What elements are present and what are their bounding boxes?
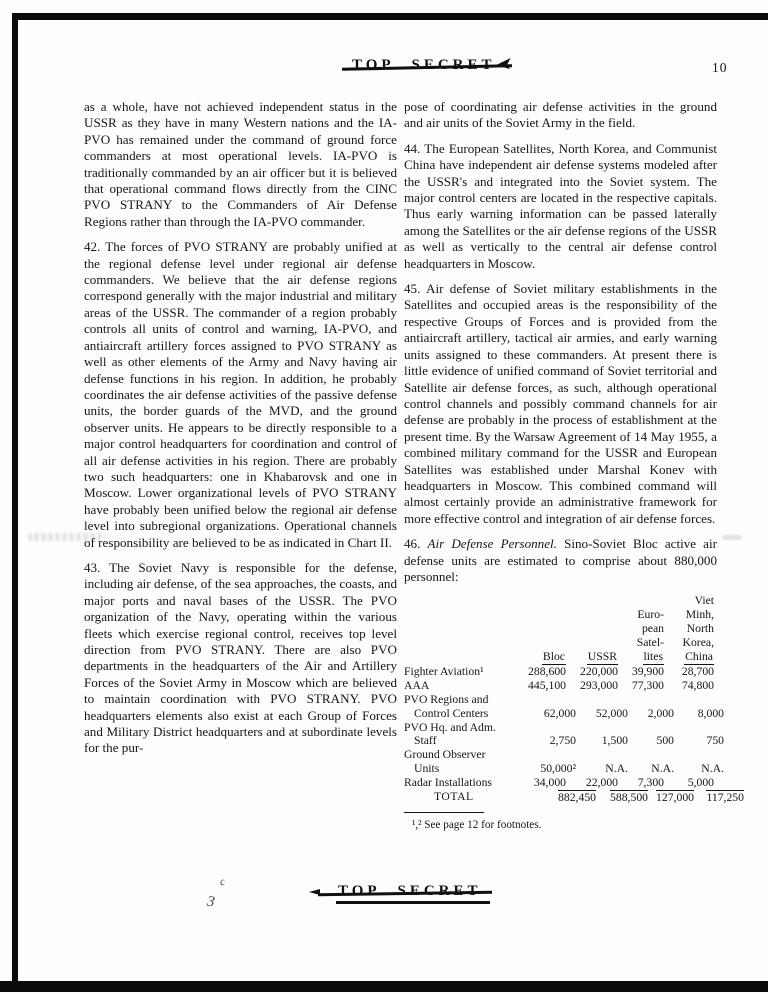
scan-border-bottom (0, 981, 768, 992)
paragraph-46-number: 46. (404, 536, 420, 551)
page-number: 10 (712, 60, 728, 76)
paragraph-42: 42. The forces of PVO STRANY are probabl… (84, 239, 397, 551)
right-column: pose of coordinating air defense activit… (404, 99, 717, 834)
paragraph-45: 45. Air defense of Soviet military estab… (404, 281, 717, 527)
pencil-smudge-right-margin (722, 535, 742, 540)
paragraph-46-italic-title: Air Defense Personnel. (427, 536, 556, 551)
handwritten-mark-c: c (219, 876, 226, 889)
pencil-smudge-left-margin (28, 533, 106, 541)
table-row: AAA445,100293,00077,30074,800 (404, 679, 717, 693)
classification-stamp-bottom: TOP SECRET (336, 883, 490, 904)
left-column: as a whole, have not achieved independen… (84, 99, 397, 766)
table-row: Radar Installations34,00022,0007,3005,00… (404, 776, 717, 790)
footnote-rule (404, 812, 484, 814)
paragraph-43-continued: pose of coordinating air defense activit… (404, 99, 717, 132)
scan-border-left (12, 13, 18, 983)
table-row: Units50,000²N.A.N.A.N.A. (404, 762, 717, 776)
table-row-label-line: PVO Regions and (404, 693, 717, 707)
scan-border-top (12, 13, 768, 20)
pen-stroke-arrow (309, 889, 320, 895)
table-row: Staff2,7501,500500750 (404, 734, 717, 748)
handwritten-mark-3: 3 (206, 894, 216, 912)
table-footnote: ¹,² See page 12 for footnotes. (404, 817, 717, 833)
paragraph-44: 44. The European Satellites, North Korea… (404, 141, 717, 272)
table-row-label-line: Ground Observer (404, 748, 717, 762)
paragraph-41-continued: as a whole, have not achieved independen… (84, 99, 397, 230)
table-header-row: BlocUSSREuro-peanSatel-litesVietMinh,Nor… (404, 594, 717, 665)
personnel-table: BlocUSSREuro-peanSatel-litesVietMinh,Nor… (404, 594, 717, 805)
table-row: Control Centers62,00052,0002,0008,000 (404, 707, 717, 721)
paragraph-43: 43. The Soviet Navy is responsible for t… (84, 560, 397, 757)
table-row: TOTAL882,450588,500127,000117,250 (404, 790, 717, 805)
table-row-label-line: PVO Hq. and Adm. (404, 721, 717, 735)
table-row: Fighter Aviation¹288,600220,00039,90028,… (404, 665, 717, 679)
classification-stamp-top: TOP SECRET (352, 57, 496, 74)
scanned-document-page: { "page": { "classification": "TOP SECRE… (0, 0, 768, 994)
paragraph-46: 46. Air Defense Personnel. Sino-Soviet B… (404, 536, 717, 585)
